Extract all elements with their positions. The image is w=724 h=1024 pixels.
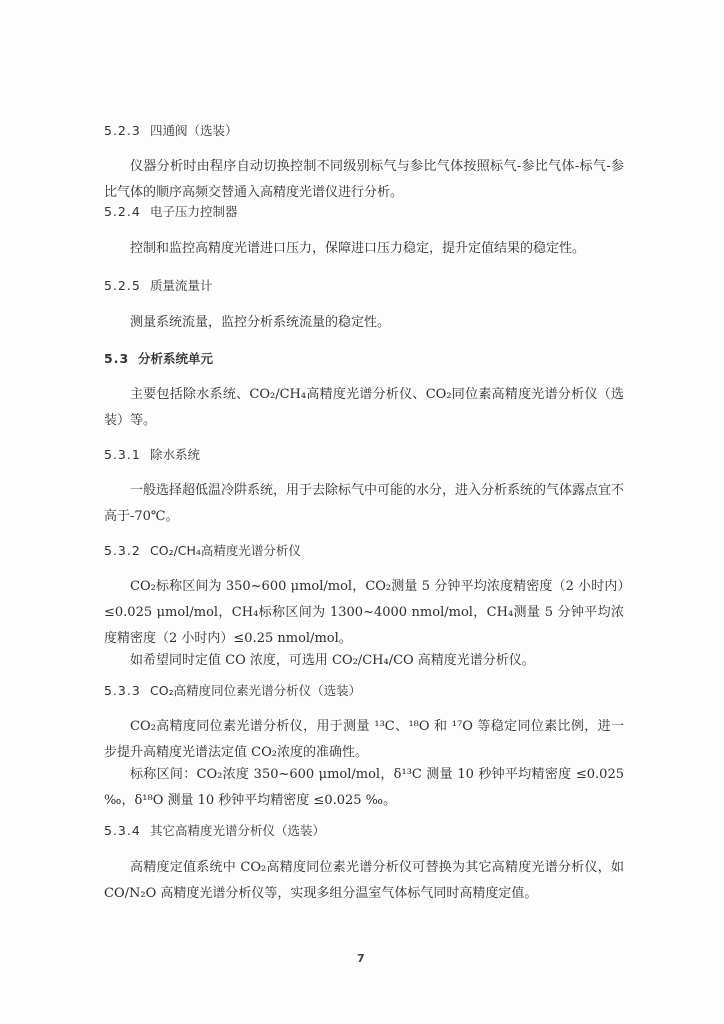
section-title: 质量流量计 [150, 278, 213, 293]
paragraph-5-3-4: 高精度定值系统中 CO₂高精度同位素光谱分析仪可替换为其它高精度光谱分析仪，如 … [104, 855, 624, 907]
section-number: 5.2.3 [104, 123, 150, 139]
section-number: 5.3 [104, 351, 138, 367]
paragraph-5-3-2-b: 如希望同时定值 CO 浓度，可选用 CO₂/CH₄/CO 高精度光谱分析仪。 [104, 648, 624, 674]
section-heading-5-3: 5.3分析系统单元 [104, 351, 213, 367]
section-heading-5-3-4: 5.3.4其它高精度光谱分析仪（选装） [104, 823, 325, 839]
section-number: 5.3.2 [104, 543, 150, 559]
paragraph-5-3-3-b: 标称区间：CO₂浓度 350~600 μmol/mol，δ¹³C 测量 10 秒… [104, 762, 624, 814]
section-heading-5-3-1: 5.3.1除水系统 [104, 447, 200, 463]
section-title: CO₂高精度同位素光谱分析仪（选装） [150, 683, 361, 698]
paragraph-5-3-1: 一般选择超低温冷阱系统，用于去除标气中可能的水分，进入分析系统的气体露点宜不高于… [104, 478, 624, 530]
paragraph-5-2-4: 控制和监控高精度光谱进口压力，保障进口压力稳定，提升定值结果的稳定性。 [104, 236, 624, 262]
section-number: 5.2.5 [104, 278, 150, 294]
section-heading-5-3-3: 5.3.3CO₂高精度同位素光谱分析仪（选装） [104, 683, 361, 699]
paragraph-5-2-5: 测量系统流量，监控分析系统流量的稳定性。 [104, 310, 624, 336]
section-title: 四通阀（选装） [150, 123, 238, 138]
section-title: 其它高精度光谱分析仪（选装） [150, 823, 325, 838]
section-number: 5.2.4 [104, 204, 150, 220]
section-number: 5.3.4 [104, 823, 150, 839]
section-title: 电子压力控制器 [150, 204, 238, 219]
paragraph-5-3-3-a: CO₂高精度同位素光谱分析仪，用于测量 ¹³C、¹⁸O 和 ¹⁷O 等稳定同位素… [104, 714, 624, 766]
paragraph-5-3: 主要包括除水系统、CO₂/CH₄高精度光谱分析仪、CO₂同位素高精度光谱分析仪（… [104, 382, 624, 434]
section-heading-5-3-2: 5.3.2CO₂/CH₄高精度光谱分析仪 [104, 543, 301, 559]
section-title: CO₂/CH₄高精度光谱分析仪 [150, 543, 301, 558]
section-heading-5-2-3: 5.2.3四通阀（选装） [104, 123, 238, 139]
document-page: 5.2.3四通阀（选装） 仪器分析时由程序自动切换控制不同级别标气与参比气体按照… [0, 0, 724, 1024]
section-number: 5.3.1 [104, 447, 150, 463]
paragraph-5-2-3: 仪器分析时由程序自动切换控制不同级别标气与参比气体按照标气-参比气体-标气-参比… [104, 154, 624, 206]
section-heading-5-2-5: 5.2.5质量流量计 [104, 278, 213, 294]
paragraph-5-3-2-a: CO₂标称区间为 350~600 μmol/mol，CO₂测量 5 分钟平均浓度… [104, 574, 624, 652]
page-number: 7 [357, 952, 365, 965]
section-number: 5.3.3 [104, 683, 150, 699]
section-title: 除水系统 [150, 447, 200, 462]
section-title: 分析系统单元 [138, 351, 213, 366]
section-heading-5-2-4: 5.2.4电子压力控制器 [104, 204, 238, 220]
